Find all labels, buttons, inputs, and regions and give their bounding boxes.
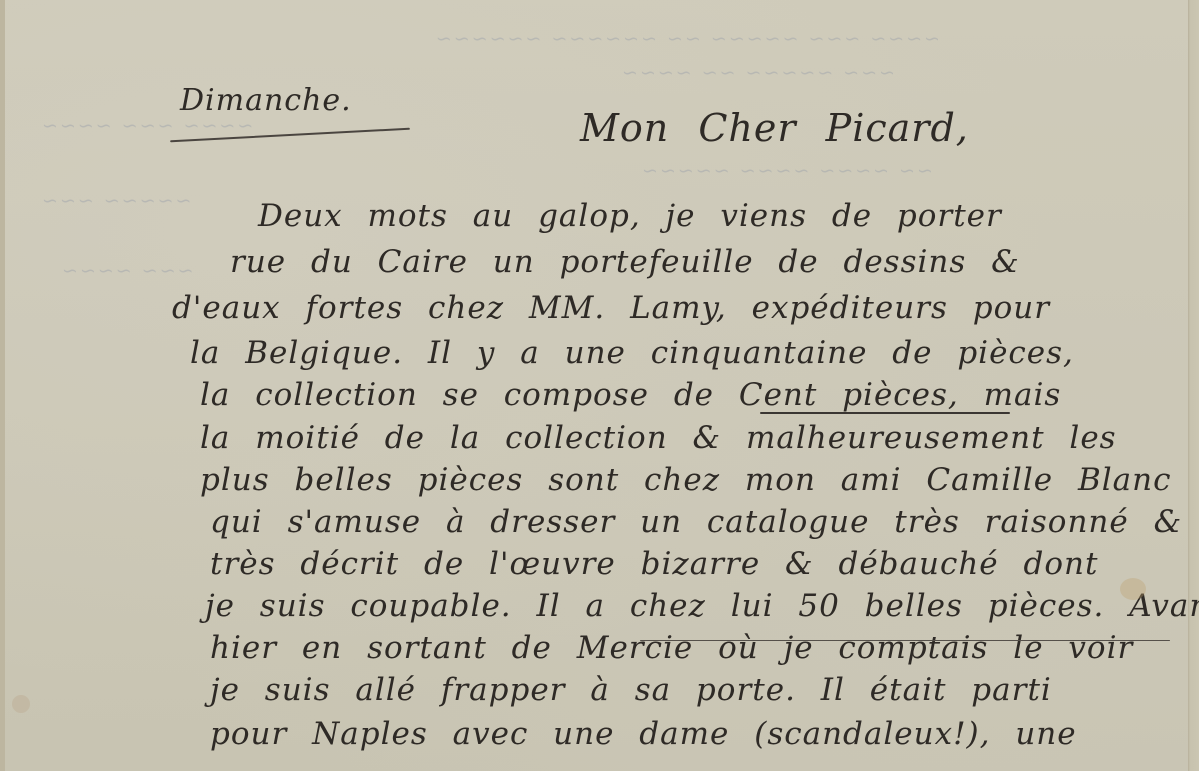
bleed-through-mark: ~~~~~ ~~~ [40,190,191,212]
letter-body-line: la Belgique. Il y a une cinquantaine de … [190,335,1074,371]
letter-dateline: Dimanche. [180,83,352,118]
bleed-through-mark: ~~~~ ~~~ ~~~~ [40,115,253,137]
bleed-through-mark: ~~~~ ~~~ ~~~~~ ~~ ~~~~~~ ~~~~~~ [240,28,940,52]
page-right-edge [1188,0,1199,771]
letter-body-line: la moitié de la collection & malheureuse… [200,420,1117,456]
letter-body-line: hier en sortant de Mercie où je comptais… [210,630,1133,666]
stray-pen-stroke [640,640,1170,641]
paper-stain [12,695,30,713]
page-left-edge [0,0,5,771]
letter-body-line: d'eaux fortes chez MM. Lamy, expéditeurs… [172,290,1050,326]
letter-body-line: Deux mots au galop, je viens de porter [258,198,1002,234]
letter-body-line: plus belles pièces sont chez mon ami Cam… [200,462,1171,498]
cent-pieces-underline [760,412,1010,414]
letter-body-line: pour Naples avec une dame (scandaleux!),… [210,716,1077,752]
bleed-through-mark: ~~~ ~~~~~ ~~ ~~~~ [620,62,895,84]
paper-stain [1120,578,1146,600]
letter-body-line: très décrit de l'œuvre bizarre & débauch… [210,546,1098,582]
letter-body-line: je suis coupable. Il a chez lui 50 belle… [205,588,1199,624]
letter-body-line: je suis allé frapper à sa porte. Il étai… [210,672,1052,708]
letter-body-line: rue du Caire un portefeuille de dessins … [230,244,1020,280]
letter-salutation: Mon Cher Picard, [580,106,969,150]
bleed-through-mark: ~~ ~~~~ ~~~~ ~~~~~ [640,160,933,182]
letter-body-line: qui s'amuse à dresser un catalogue très … [210,504,1182,540]
letter-body-line: la collection se compose de Cent pièces,… [200,377,1061,413]
letter-page: ~~~~ ~~~ ~~~~~ ~~ ~~~~~~ ~~~~~~ ~~~ ~~~~… [0,0,1199,771]
bleed-through-mark: ~~~ ~~~~ [60,260,193,282]
